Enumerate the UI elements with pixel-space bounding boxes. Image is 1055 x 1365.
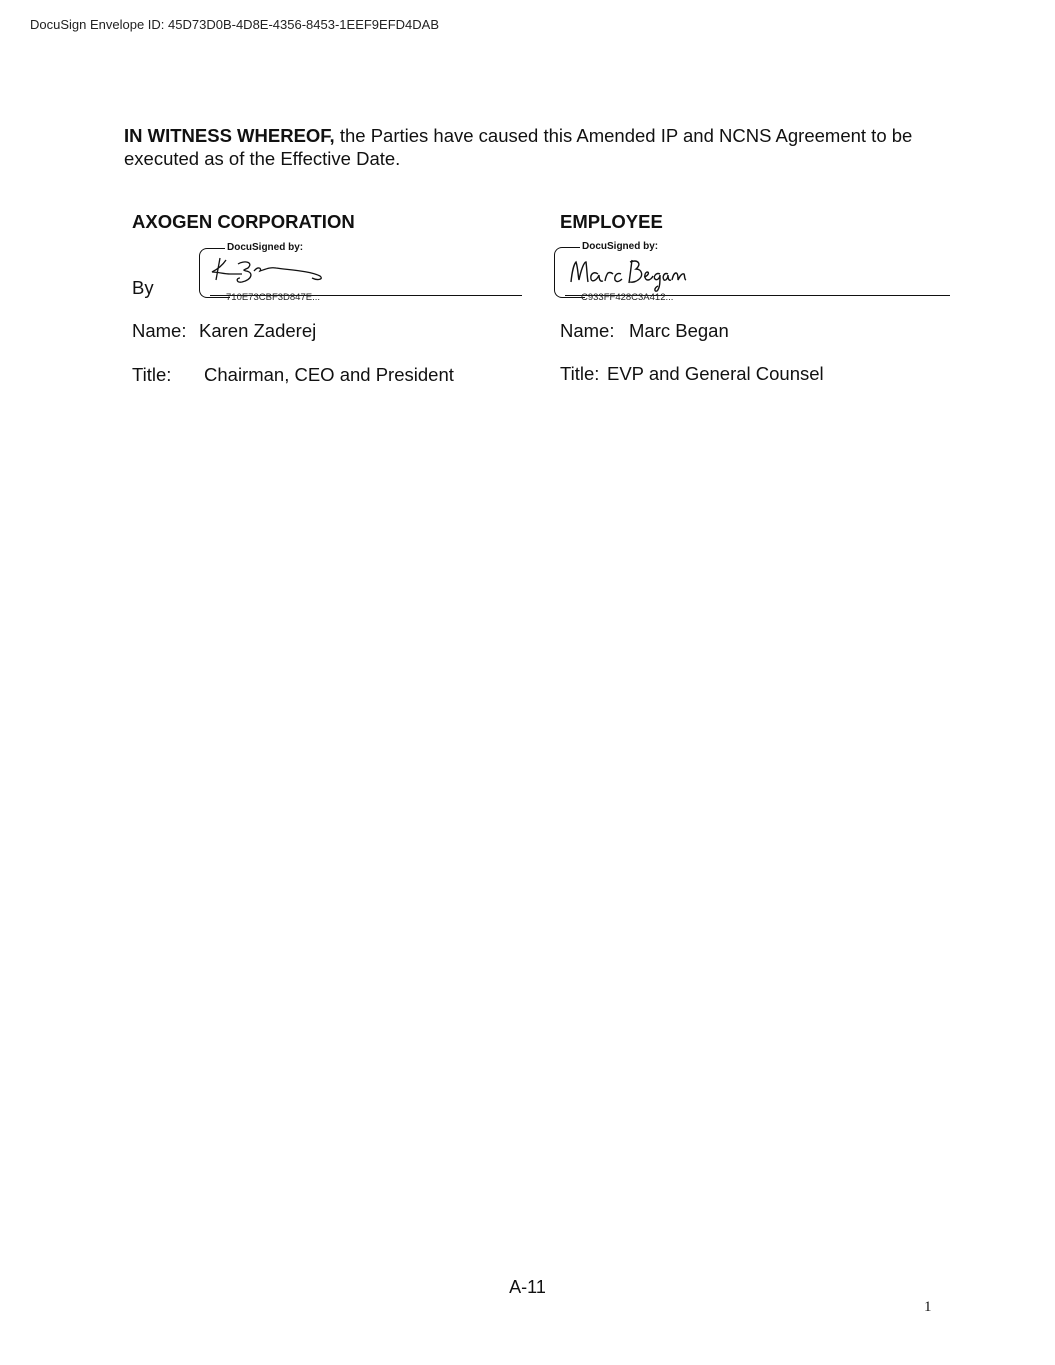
company-docusigned-label: DocuSigned by: [225,242,305,253]
company-signer-name: Karen Zaderej [199,320,316,342]
company-signer-title: Chairman, CEO and President [204,364,454,386]
employee-signature-icon [568,256,698,294]
employee-signature-id: C933FF428C3A412... [581,292,673,303]
envelope-id-header: DocuSign Envelope ID: 45D73D0B-4D8E-4356… [30,17,439,32]
witness-bold-lead: IN WITNESS WHEREOF, [124,125,335,146]
company-heading: AXOGEN CORPORATION [132,211,355,233]
company-signature-icon [210,254,330,290]
employee-signer-title: EVP and General Counsel [607,363,824,385]
by-label: By [132,277,154,299]
employee-name-label: Name: [560,320,615,342]
employee-heading: EMPLOYEE [560,211,663,233]
exhibit-page-label: A-11 [0,1277,1055,1298]
employee-signer-name: Marc Began [629,320,729,342]
employee-title-label: Title: [560,363,599,385]
employee-docusigned-label: DocuSigned by: [580,241,660,252]
company-title-label: Title: [132,364,171,386]
page-number: 1 [924,1299,932,1316]
company-name-label: Name: [132,320,187,342]
company-signature-id: 710E73CBF3D847E... [226,292,320,303]
witness-paragraph: IN WITNESS WHEREOF, the Parties have cau… [124,124,954,170]
